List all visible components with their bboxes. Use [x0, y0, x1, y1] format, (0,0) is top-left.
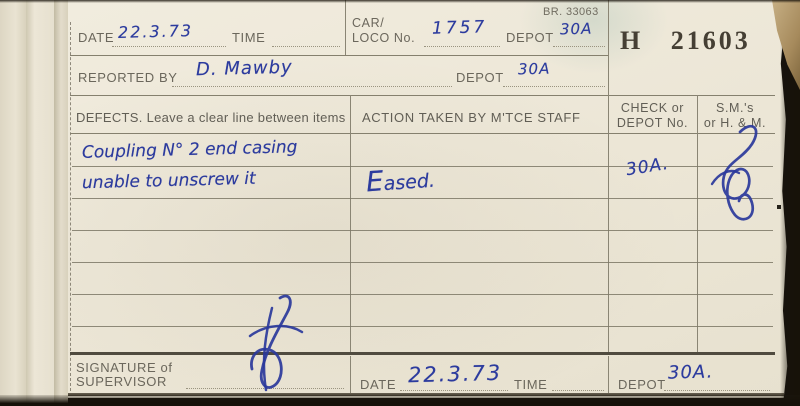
card-left-rule [70, 22, 71, 396]
check-column-header-line1: CHECK or [608, 101, 697, 115]
signature-label-line2: SUPERVISOR [76, 374, 167, 389]
time-bottom-fill-line [552, 390, 604, 391]
supervisor-signature [222, 290, 318, 402]
column-separator [697, 95, 698, 352]
loco-fill-line [424, 46, 500, 47]
section-divider-heavy [70, 352, 775, 355]
car-loco-label-line1: CAR/ [352, 16, 384, 30]
depot-value-reported: 30A [518, 60, 551, 79]
action-column-header: ACTION TAKEN BY M'TCE STAFF [362, 110, 581, 125]
depot-label-top: DEPOT [506, 30, 554, 45]
signature-label-line1: SIGNATURE of [76, 360, 173, 375]
time-label-top: TIME [232, 30, 265, 45]
depot-fill-line [553, 46, 605, 47]
date-fill-line [112, 46, 226, 47]
column-separator [608, 95, 609, 352]
row-separator [70, 55, 608, 56]
table-top-line [70, 95, 775, 96]
pad-page-edge [0, 0, 26, 406]
depot-value-top: 30A [560, 20, 593, 39]
date-label-bottom: DATE [360, 377, 396, 392]
header-bottom-line [70, 133, 775, 134]
rule-line [72, 198, 773, 199]
depot-label-reported: DEPOT [456, 70, 504, 85]
sm-column-header-line1: S.M.'s [697, 101, 773, 115]
column-separator [608, 356, 609, 394]
car-loco-value: 1757 [432, 17, 488, 38]
scan-bottom-shadow [0, 395, 800, 406]
rule-line [72, 326, 773, 327]
action-entry: Eased. [365, 162, 436, 199]
pad-page-edge [54, 0, 68, 406]
column-separator [350, 356, 351, 394]
column-separator [345, 0, 346, 55]
date-value-top: 22.3.73 [118, 21, 194, 42]
serial-number: H 21603 [620, 26, 751, 56]
reported-by-label: REPORTED BY [78, 70, 178, 85]
depot-bottom-fill-line [664, 390, 770, 391]
depot-reported-fill-line [503, 86, 605, 87]
column-separator [350, 95, 351, 352]
serial-separator [608, 0, 609, 95]
time-label-bottom: TIME [514, 377, 547, 392]
time-fill-line [272, 46, 340, 47]
rule-line [72, 294, 773, 295]
defects-column-header: DEFECTS. Leave a clear line between item… [76, 110, 346, 125]
check-column-header-line2: DEPOT No. [608, 116, 697, 130]
depot-label-bottom: DEPOT [618, 377, 666, 392]
reported-by-value: D. Mawby [196, 57, 293, 81]
rule-line [72, 230, 773, 231]
reported-fill-line [172, 86, 452, 87]
scanned-defect-report-card: DATE 22.3.73 TIME BR. 33063 CAR/ LOCO No… [0, 0, 800, 406]
report-card [68, 0, 788, 398]
form-number: BR. 33063 [543, 6, 599, 18]
car-loco-label-line2: LOCO No. [352, 31, 415, 45]
pad-page-edge [26, 0, 54, 406]
scan-top-edge [0, 0, 800, 3]
sm-signature [700, 120, 772, 235]
date-bottom-fill-line [400, 390, 508, 391]
date-label-top: DATE [78, 30, 114, 45]
depot-value-bottom: 30A. [668, 361, 714, 383]
rule-line [72, 262, 773, 263]
date-value-bottom: 22.3.73 [408, 361, 503, 387]
